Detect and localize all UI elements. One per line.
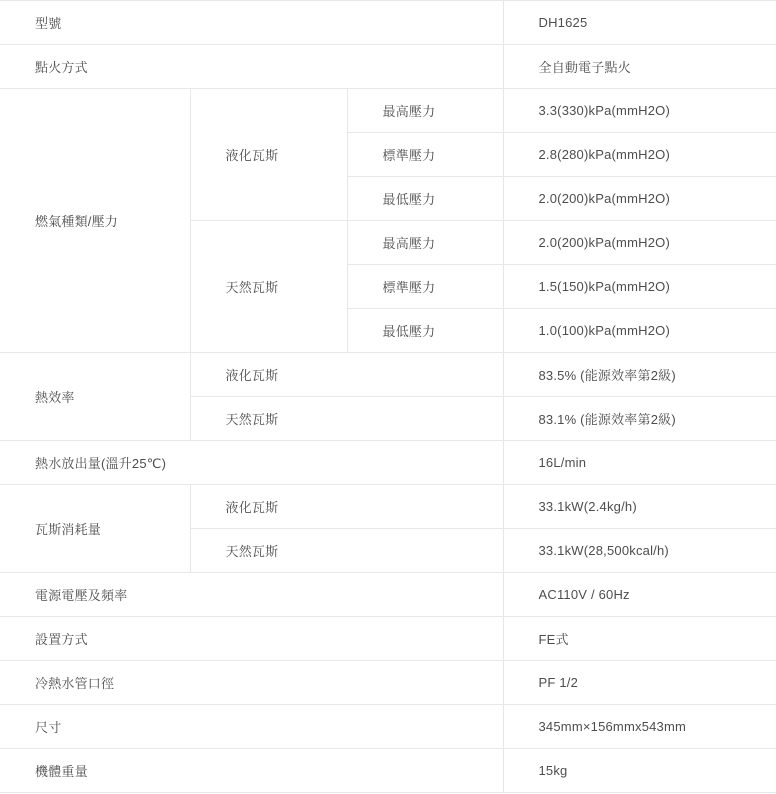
value-lpg-min-pressure: 2.0(200)kPa(mmH2O): [503, 177, 776, 221]
label-hot-water-output: 熱水放出量(溫升25℃): [0, 441, 503, 485]
value-thermal-efficiency-ng: 83.1% (能源效率第2級): [503, 397, 776, 441]
table-row: 熱效率 液化瓦斯 83.5% (能源效率第2級): [0, 353, 776, 397]
spec-page: 型號 DH1625 點火方式 全自動電子點火 燃氣種類/壓力 液化瓦斯 最高壓力…: [0, 0, 776, 794]
table-row: 型號 DH1625: [0, 1, 776, 45]
label-installation-type: 設置方式: [0, 617, 503, 661]
table-row: 冷熱水管口徑 PF 1/2: [0, 661, 776, 705]
value-thermal-efficiency-lpg: 83.5% (能源效率第2級): [503, 353, 776, 397]
value-water-pipe-diameter: PF 1/2: [503, 661, 776, 705]
table-row: 熱水放出量(溫升25℃) 16L/min: [0, 441, 776, 485]
value-gas-consumption-lpg: 33.1kW(2.4kg/h): [503, 485, 776, 529]
label-min-pressure: 最低壓力: [347, 177, 503, 221]
label-gas-type-pressure: 燃氣種類/壓力: [0, 89, 190, 353]
value-ng-max-pressure: 2.0(200)kPa(mmH2O): [503, 221, 776, 265]
value-hot-water-output: 16L/min: [503, 441, 776, 485]
label-unit-weight: 機體重量: [0, 749, 503, 793]
label-standard-pressure: 標準壓力: [347, 133, 503, 177]
label-ignition-method: 點火方式: [0, 45, 503, 89]
label-water-pipe-diameter: 冷熱水管口徑: [0, 661, 503, 705]
value-lpg-standard-pressure: 2.8(280)kPa(mmH2O): [503, 133, 776, 177]
label-min-pressure: 最低壓力: [347, 309, 503, 353]
label-max-pressure: 最高壓力: [347, 221, 503, 265]
table-row: 尺寸 345mm×156mmx543mm: [0, 705, 776, 749]
table-row: 電源電壓及頻率 AC110V / 60Hz: [0, 573, 776, 617]
value-lpg-max-pressure: 3.3(330)kPa(mmH2O): [503, 89, 776, 133]
value-installation-type: FE式: [503, 617, 776, 661]
label-natural-gas: 天然瓦斯: [190, 221, 347, 353]
value-ng-standard-pressure: 1.5(150)kPa(mmH2O): [503, 265, 776, 309]
value-model: DH1625: [503, 1, 776, 45]
table-row: 機體重量 15kg: [0, 749, 776, 793]
value-unit-weight: 15kg: [503, 749, 776, 793]
spec-table: 型號 DH1625 點火方式 全自動電子點火 燃氣種類/壓力 液化瓦斯 最高壓力…: [0, 0, 776, 793]
label-power-voltage-frequency: 電源電壓及頻率: [0, 573, 503, 617]
label-lpg: 液化瓦斯: [190, 89, 347, 221]
table-row: 燃氣種類/壓力 液化瓦斯 最高壓力 3.3(330)kPa(mmH2O): [0, 89, 776, 133]
table-row: 設置方式 FE式: [0, 617, 776, 661]
label-max-pressure: 最高壓力: [347, 89, 503, 133]
label-lpg: 液化瓦斯: [190, 353, 503, 397]
label-lpg: 液化瓦斯: [190, 485, 503, 529]
value-power-voltage-frequency: AC110V / 60Hz: [503, 573, 776, 617]
table-row: 點火方式 全自動電子點火: [0, 45, 776, 89]
label-thermal-efficiency: 熱效率: [0, 353, 190, 441]
value-dimensions: 345mm×156mmx543mm: [503, 705, 776, 749]
value-ignition-method: 全自動電子點火: [503, 45, 776, 89]
value-gas-consumption-ng: 33.1kW(28,500kcal/h): [503, 529, 776, 573]
label-natural-gas: 天然瓦斯: [190, 529, 503, 573]
value-ng-min-pressure: 1.0(100)kPa(mmH2O): [503, 309, 776, 353]
label-gas-consumption: 瓦斯消耗量: [0, 485, 190, 573]
label-model: 型號: [0, 1, 503, 45]
table-row: 瓦斯消耗量 液化瓦斯 33.1kW(2.4kg/h): [0, 485, 776, 529]
label-natural-gas: 天然瓦斯: [190, 397, 503, 441]
label-dimensions: 尺寸: [0, 705, 503, 749]
label-standard-pressure: 標準壓力: [347, 265, 503, 309]
